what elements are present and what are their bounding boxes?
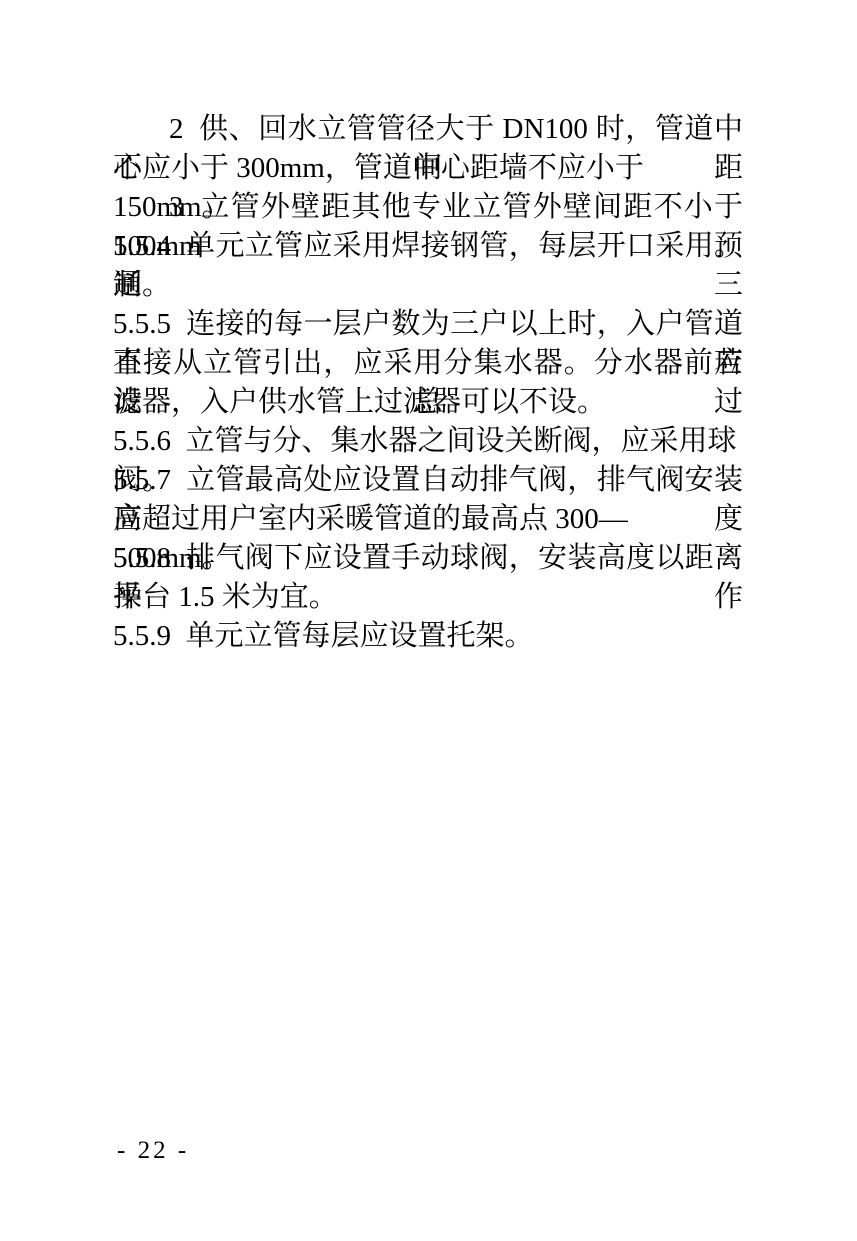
text-line: 5.5.6 立管与分、集水器之间设关断阀，应采用球阀。	[113, 422, 743, 461]
text-line: 3 立管外壁距其他专业立管外壁间距不小于 100mm。	[113, 188, 743, 227]
text-line: 5.5.7 立管最高处应设置自动排气阀，排气阀安装高度	[113, 461, 743, 500]
page-number: - 22 -	[117, 1134, 189, 1168]
text-line: 直接从立管引出，应采用分集水器。分水器前若设总过	[113, 344, 743, 383]
text-line: 5.5.8 排气阀下应设置手动球阀，安装高度以距离操作	[113, 539, 743, 578]
text-line: 5.5.5 连接的每一层户数为三户以上时，入户管道不应	[113, 305, 743, 344]
text-line: 5.5.4 单元立管应采用焊接钢管，每层开口采用预制三	[113, 227, 743, 266]
document-body: 2 供、回水立管管径大于 DN100 时，管道中心间距不应小于 300mm，管道…	[113, 110, 743, 656]
text-line: 2 供、回水立管管径大于 DN100 时，管道中心间距	[113, 110, 743, 149]
document-page: 2 供、回水立管管径大于 DN100 时，管道中心间距不应小于 300mm，管道…	[0, 0, 857, 1241]
text-line: 不应小于 300mm，管道中心距墙不应小于 150mm。	[113, 149, 743, 188]
text-line: 5.5.9 单元立管每层应设置托架。	[113, 617, 743, 656]
